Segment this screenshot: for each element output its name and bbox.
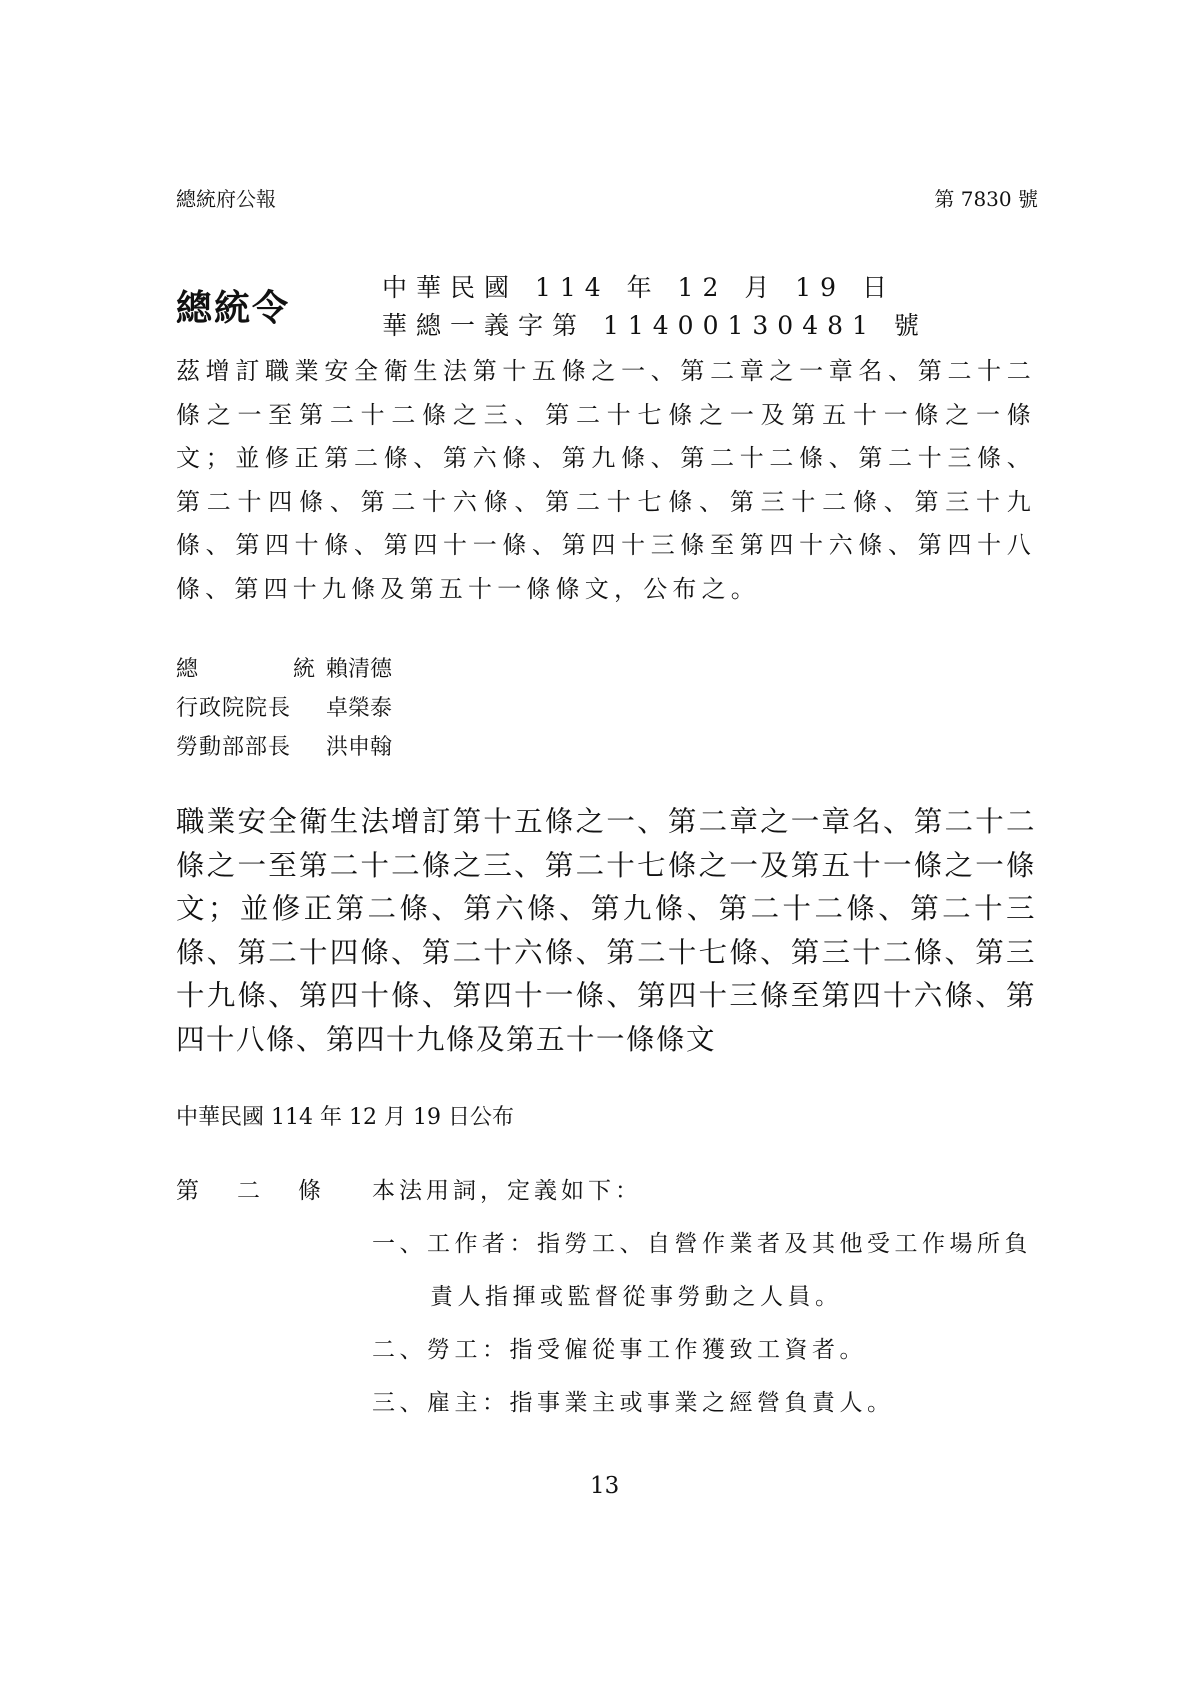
signatory-labor-minister: 勞動部部長 洪申翰: [176, 728, 392, 767]
issue-number: 第 7830 號: [934, 183, 1038, 212]
signatory-president: 總 統 賴清德: [176, 650, 392, 689]
signatory-name: 洪申翰: [326, 728, 392, 767]
definition-item: 三、雇主：指事業主或事業之經營負責人。: [372, 1377, 1040, 1430]
promulgation-date: 中華民國 114 年 12 月 19 日公布: [176, 1100, 514, 1131]
order-text: 茲增訂職業安全衛生法第十五條之一、第二章之一章名、第二十二條之一至第二十二條之三…: [176, 350, 1036, 611]
signatory-premier: 行政院院長 卓榮泰: [176, 689, 392, 728]
publication-name: 總統府公報: [176, 183, 276, 212]
signatory-title: 總 統: [176, 650, 316, 689]
law-title: 職業安全衛生法增訂第十五條之一、第二章之一章名、第二十二條之一至第二十二條之三、…: [176, 800, 1036, 1061]
order-date: 中華民國 114 年 12 月 19 日: [382, 268, 896, 304]
signatory-title: 勞動部部長: [176, 728, 326, 767]
article-intro: 本法用詞，定義如下：: [372, 1172, 642, 1205]
signatory-title: 行政院院長: [176, 689, 326, 728]
definition-item: 一、工作者：指勞工、自營作業者及其他受工作場所負 責人指揮或監督從事勞動之人員。: [372, 1218, 1040, 1324]
signatories: 總 統 賴清德 行政院院長 卓榮泰 勞動部部長 洪申翰: [176, 650, 392, 767]
page-number: 13: [590, 1473, 619, 1499]
order-number: 華總一義字第 11400130481 號: [382, 306, 928, 342]
definition-item: 二、勞工：指受僱從事工作獲致工資者。: [372, 1324, 1040, 1377]
signatory-name: 卓榮泰: [326, 689, 392, 728]
article-label: 第 二 條: [176, 1172, 321, 1205]
signatory-name: 賴清德: [326, 650, 392, 689]
order-title: 總統令: [176, 280, 290, 331]
